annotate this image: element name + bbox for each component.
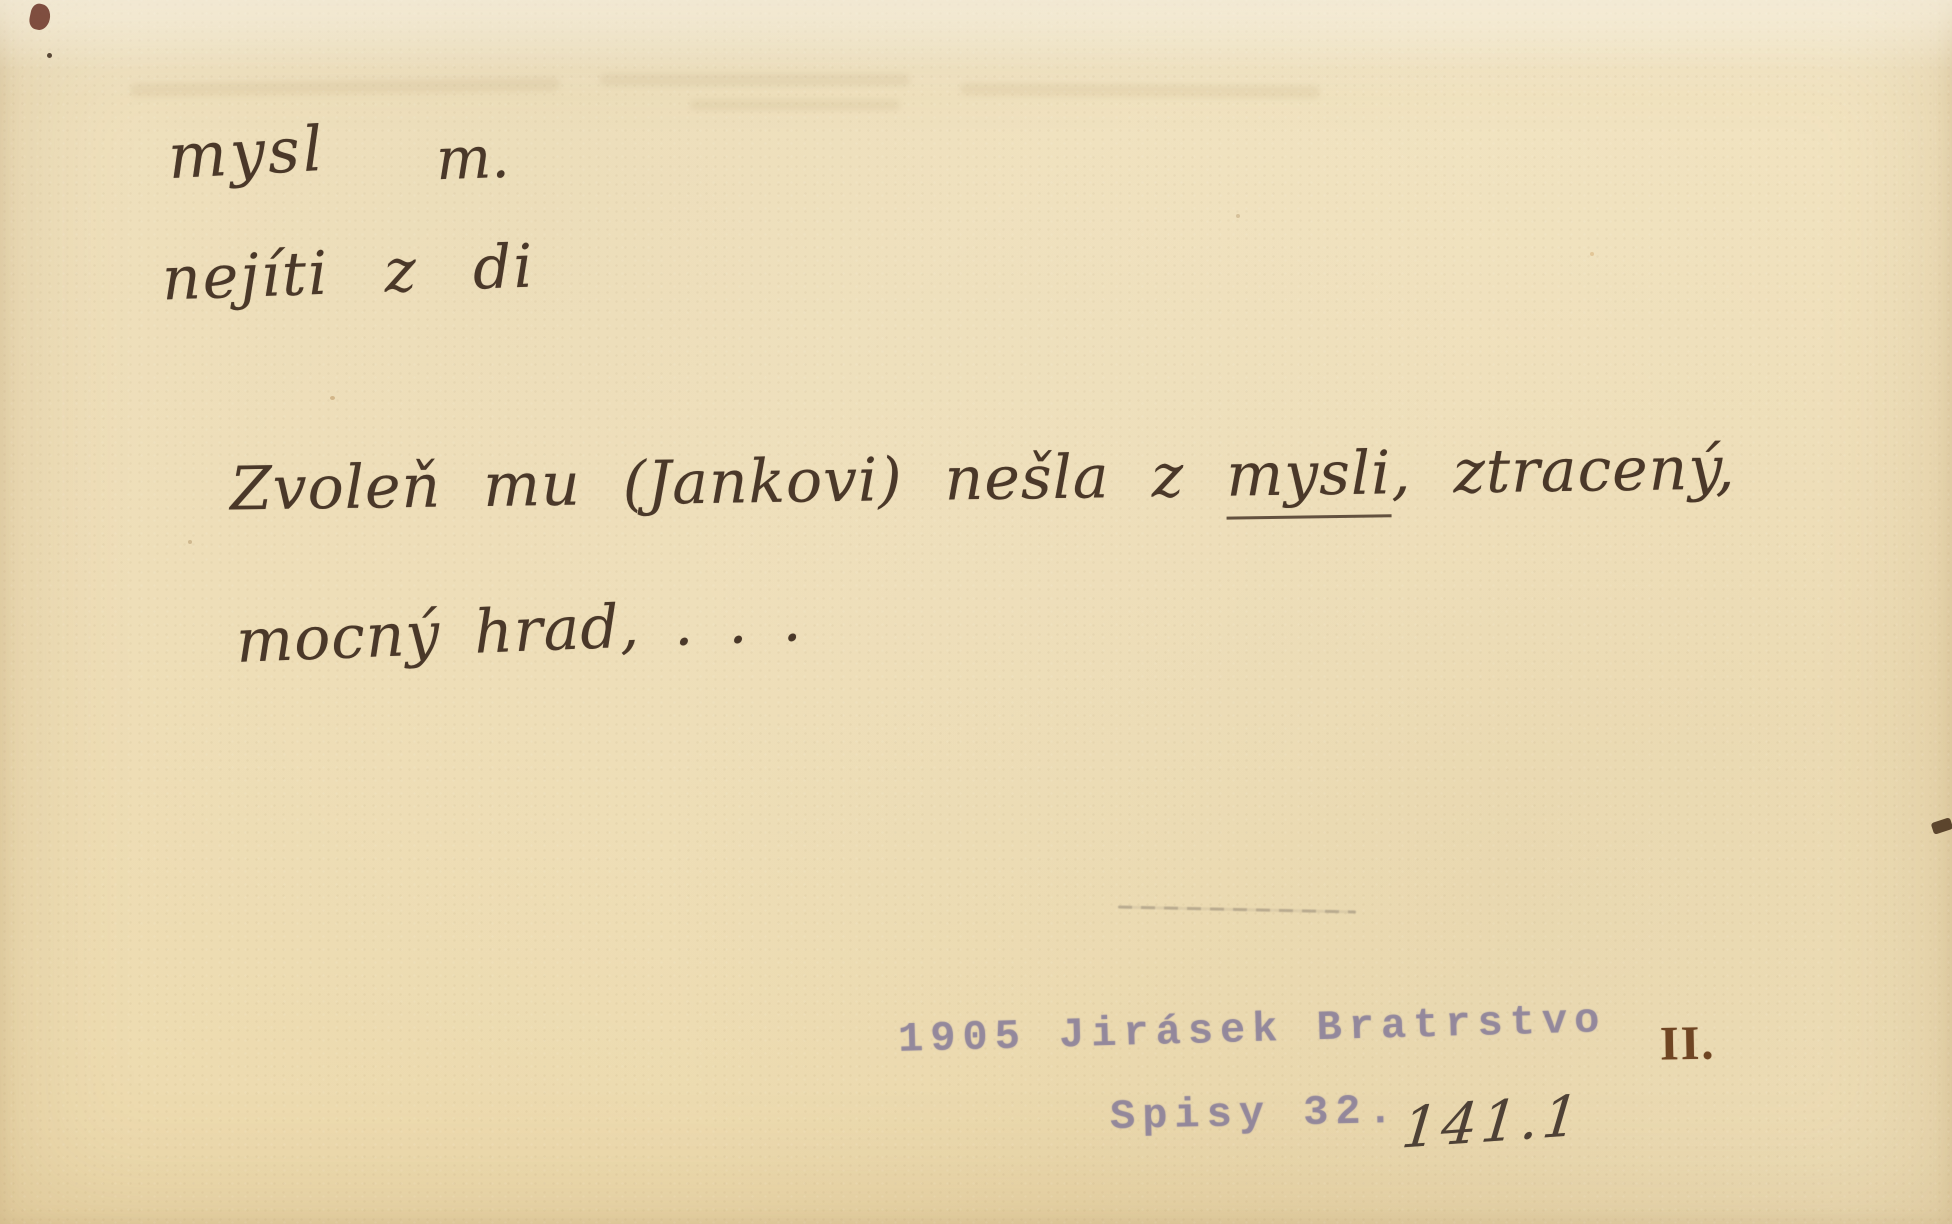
volume-numeral: II. bbox=[1660, 1016, 1716, 1072]
scanned-document-page: mysl m. nejíti z di Zvoleň mu (Jankovi) … bbox=[0, 0, 1952, 1224]
scan-light-edge bbox=[0, 0, 1952, 70]
headword-abbreviation: m. bbox=[435, 123, 511, 194]
ghost-impression bbox=[960, 82, 1320, 98]
ghost-impression bbox=[130, 77, 560, 97]
source-stamp-line-1: 1905 Jirásek Bratrstvo bbox=[897, 996, 1607, 1064]
quote-line-1: Zvoleň mu (Jankovi) nešla z mysli, ztrac… bbox=[230, 433, 1736, 524]
paper-speck bbox=[47, 53, 52, 58]
handwritten-page-reference: 141.1 bbox=[1399, 1083, 1586, 1161]
headword-text: mysl bbox=[166, 112, 327, 193]
paper-speck bbox=[188, 540, 192, 544]
paper-speck bbox=[330, 396, 335, 400]
quote-prefix: Zvoleň mu (Jankovi) nešla z bbox=[230, 441, 1227, 525]
paper-speck bbox=[1590, 252, 1594, 256]
quote-underlined-word: mysli bbox=[1226, 438, 1392, 519]
paper-speck bbox=[1236, 214, 1240, 218]
quote-line-2: mocný hrad, . . . bbox=[235, 585, 804, 677]
phrase-slug-text: nejíti z di bbox=[161, 232, 536, 315]
source-stamp-line-2: Spisy 32. bbox=[1110, 1087, 1401, 1141]
ghost-impression bbox=[690, 100, 900, 110]
ghost-impression bbox=[600, 74, 910, 86]
quote-suffix: , ztracený, bbox=[1391, 433, 1736, 508]
faint-pencil-line bbox=[1118, 906, 1356, 914]
edge-ink-dash bbox=[1931, 817, 1952, 835]
ink-corner-mark bbox=[28, 2, 53, 32]
